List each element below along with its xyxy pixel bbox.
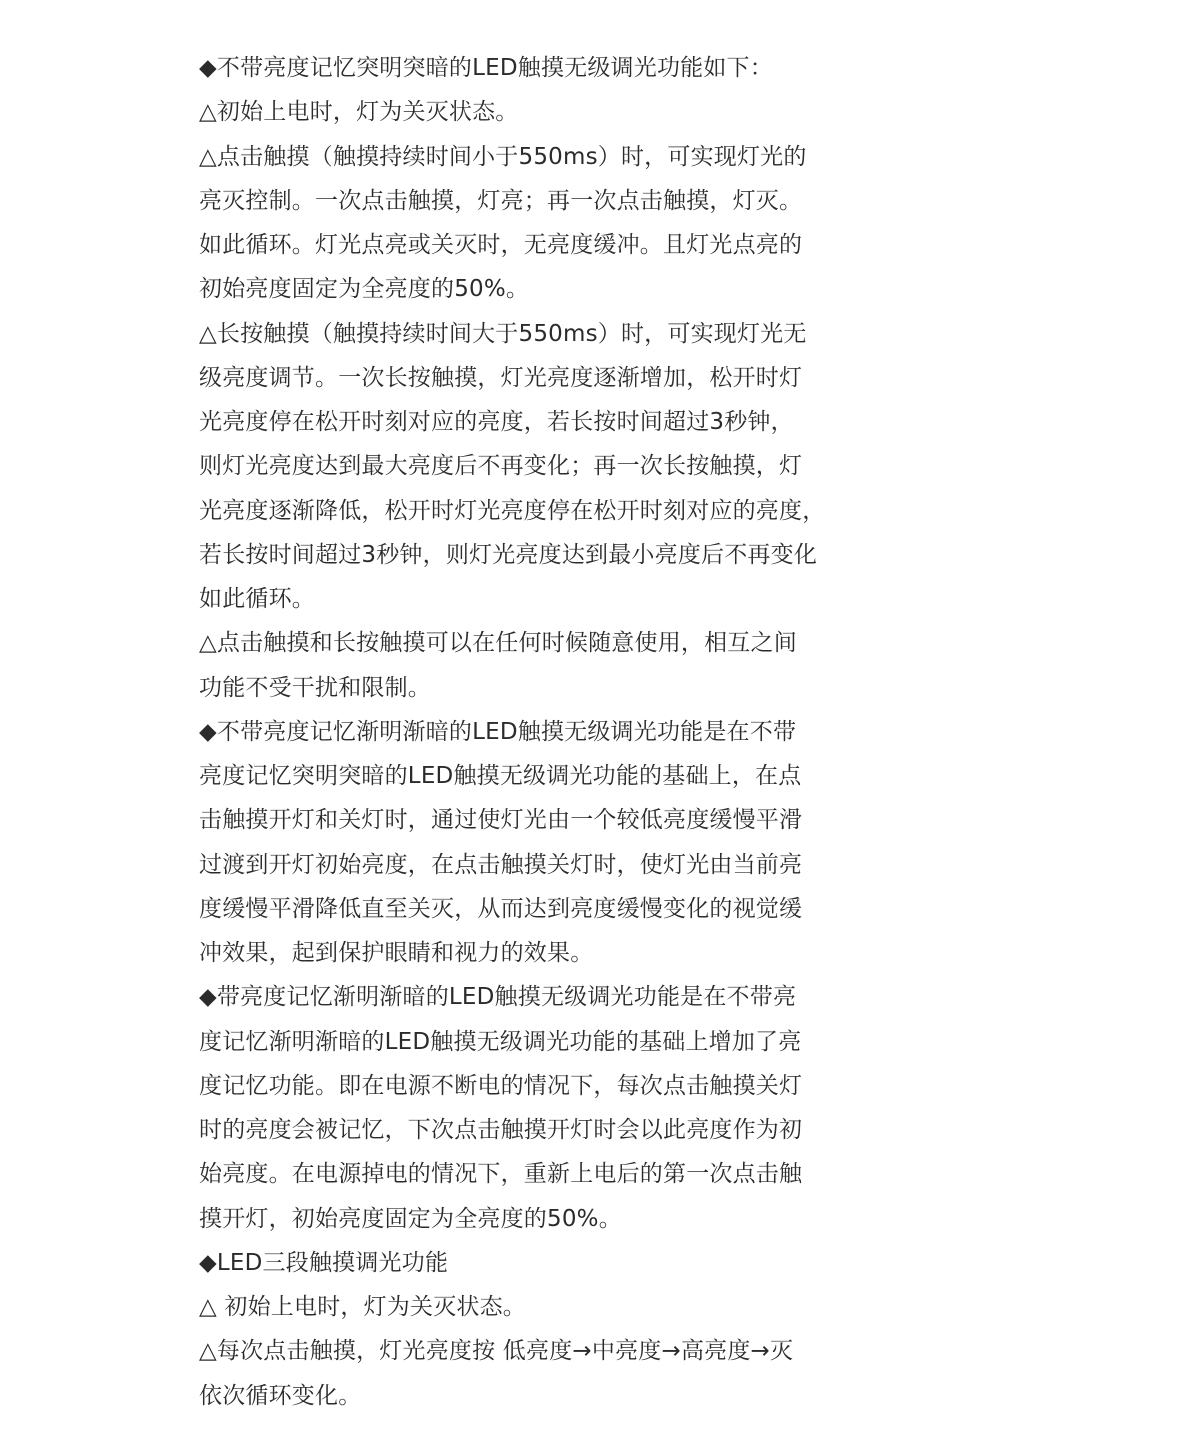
text-line: 级亮度调节。一次长按触摸，灯光亮度逐渐增加，松开时灯 bbox=[199, 356, 879, 400]
paragraph-long-press: △长按触摸（触摸持续时间大于550ms）时，可实现灯光无 级亮度调节。一次长按触… bbox=[199, 312, 879, 622]
paragraph-combined-use: △点击触摸和长按触摸可以在任何时候随意使用，相互之间 功能不受干扰和限制。 bbox=[199, 621, 879, 710]
text-line: 亮度记忆突明突暗的LED触摸无级调光功能的基础上，在点 bbox=[199, 754, 879, 798]
text-line: 光亮度停在松开时刻对应的亮度，若长按时间超过3秒钟， bbox=[199, 400, 879, 444]
text-line: 度记忆渐明渐暗的LED触摸无级调光功能的基础上增加了亮 bbox=[199, 1020, 879, 1064]
document-body: ◆不带亮度记忆突明突暗的LED触摸无级调光功能如下： △初始上电时，灯为关灭状态… bbox=[199, 46, 879, 1418]
section-heading: ◆LED三段触摸调光功能 bbox=[199, 1241, 879, 1285]
section-instant-dimming: ◆不带亮度记忆突明突暗的LED触摸无级调光功能如下： △初始上电时，灯为关灭状态… bbox=[199, 46, 879, 710]
section-heading: ◆不带亮度记忆突明突暗的LED触摸无级调光功能如下： bbox=[199, 46, 879, 90]
text-line: △ 初始上电时，灯为关灭状态。 bbox=[199, 1285, 879, 1329]
text-line: 如此循环。灯光点亮或关灭时，无亮度缓冲。且灯光点亮的 bbox=[199, 223, 879, 267]
paragraph-power-on-state: △ 初始上电时，灯为关灭状态。 bbox=[199, 1285, 879, 1329]
paragraph-tap-touch: △点击触摸（触摸持续时间小于550ms）时，可实现灯光的 亮灭控制。一次点击触摸… bbox=[199, 135, 879, 312]
text-line: 冲效果，起到保护眼睛和视力的效果。 bbox=[199, 931, 879, 975]
paragraph-power-on-state: △初始上电时，灯为关灭状态。 bbox=[199, 90, 879, 134]
text-line: 亮灭控制。一次点击触摸，灯亮；再一次点击触摸，灯灭。 bbox=[199, 179, 879, 223]
text-line: 度记忆功能。即在电源不断电的情况下，每次点击触摸关灯 bbox=[199, 1064, 879, 1108]
text-line: 功能不受干扰和限制。 bbox=[199, 666, 879, 710]
text-line: 依次循环变化。 bbox=[199, 1374, 879, 1418]
section-memory-dimming: ◆带亮度记忆渐明渐暗的LED触摸无级调光功能是在不带亮 度记忆渐明渐暗的LED触… bbox=[199, 975, 879, 1241]
paragraph-step-cycle: △每次点击触摸，灯光亮度按 低亮度→中亮度→高亮度→灭 依次循环变化。 bbox=[199, 1329, 879, 1418]
text-line: 摸开灯，初始亮度固定为全亮度的50%。 bbox=[199, 1197, 879, 1241]
section-heading: ◆不带亮度记忆渐明渐暗的LED触摸无级调光功能是在不带 bbox=[199, 710, 879, 754]
text-line: △点击触摸（触摸持续时间小于550ms）时，可实现灯光的 bbox=[199, 135, 879, 179]
section-heading: ◆带亮度记忆渐明渐暗的LED触摸无级调光功能是在不带亮 bbox=[199, 975, 879, 1019]
text-line: 光亮度逐渐降低，松开时灯光亮度停在松开时刻对应的亮度， bbox=[199, 489, 879, 533]
text-line: △点击触摸和长按触摸可以在任何时候随意使用，相互之间 bbox=[199, 621, 879, 665]
text-line: △每次点击触摸，灯光亮度按 低亮度→中亮度→高亮度→灭 bbox=[199, 1329, 879, 1373]
text-line: 则灯光亮度达到最大亮度后不再变化；再一次长按触摸，灯 bbox=[199, 444, 879, 488]
text-line: 若长按时间超过3秒钟，则灯光亮度达到最小亮度后不再变化 bbox=[199, 533, 879, 577]
section-three-step-dimming: ◆LED三段触摸调光功能 △ 初始上电时，灯为关灭状态。 △每次点击触摸，灯光亮… bbox=[199, 1241, 879, 1418]
text-line: △初始上电时，灯为关灭状态。 bbox=[199, 90, 879, 134]
text-line: 击触摸开灯和关灯时，通过使灯光由一个较低亮度缓慢平滑 bbox=[199, 798, 879, 842]
text-line: 始亮度。在电源掉电的情况下，重新上电后的第一次点击触 bbox=[199, 1152, 879, 1196]
text-line: 如此循环。 bbox=[199, 577, 879, 621]
text-line: 时的亮度会被记忆，下次点击触摸开灯时会以此亮度作为初 bbox=[199, 1108, 879, 1152]
text-line: 初始亮度固定为全亮度的50%。 bbox=[199, 267, 879, 311]
text-line: 过渡到开灯初始亮度，在点击触摸关灯时，使灯光由当前亮 bbox=[199, 843, 879, 887]
text-line: 度缓慢平滑降低直至关灭，从而达到亮度缓慢变化的视觉缓 bbox=[199, 887, 879, 931]
text-line: △长按触摸（触摸持续时间大于550ms）时，可实现灯光无 bbox=[199, 312, 879, 356]
section-gradual-dimming: ◆不带亮度记忆渐明渐暗的LED触摸无级调光功能是在不带 亮度记忆突明突暗的LED… bbox=[199, 710, 879, 976]
